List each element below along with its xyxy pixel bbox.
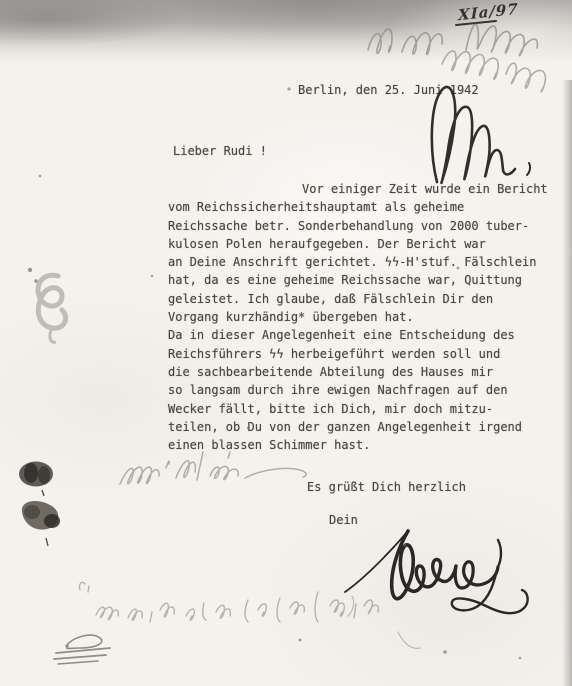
body-line: Vorgang kurzhändig* übergeben hat. xyxy=(168,308,528,326)
ink-smudge xyxy=(28,268,66,343)
pen-paraph xyxy=(432,87,530,183)
body-line: Reichsführers ϟϟ herbeigeführt werden so… xyxy=(168,345,528,363)
body-line: kulosen Polen heraufgegeben. Der Bericht… xyxy=(168,235,528,253)
body-line: geleistet. Ich glaube, daß Fälschlein Di… xyxy=(168,290,528,308)
salutation: Lieber Rudi ! xyxy=(173,144,267,158)
scan-shadow-right-edge xyxy=(562,80,572,686)
ink-blot-lower xyxy=(22,501,60,546)
pencil-scribble-crossed-out xyxy=(54,635,110,664)
closing-line: Es grüßt Dich herzlich xyxy=(307,480,466,494)
date-line: Berlin, den 25. Juni 1942 xyxy=(298,83,479,97)
body-line: Wecker fällt, bitte ich Dich, mir doch m… xyxy=(168,400,528,418)
body-line: teilen, ob Du von der ganzen Angelegenhe… xyxy=(168,418,528,436)
pencil-faint-marks xyxy=(348,596,420,648)
scanned-letter-page: Berlin, den 25. Juni 1942 Lieber Rudi ! … xyxy=(0,0,572,686)
body-line: Da in dieser Angelegenheit eine Entschei… xyxy=(168,326,528,344)
letter-body: Vor einiger Zeit wurde ein Bericht vom R… xyxy=(168,180,528,454)
body-line: an Deine Anschrift gerichtet. ϟϟ-H'stuf.… xyxy=(168,253,528,271)
pencil-annotation-middle xyxy=(120,452,306,484)
body-line: Vor einiger Zeit wurde ein Bericht xyxy=(168,180,528,198)
pencil-annotation-bottom xyxy=(79,582,378,622)
body-line: die sachbearbeitende Abteilung des Hause… xyxy=(168,363,528,381)
body-line: hat, da es eine geheime Reichssache war,… xyxy=(168,271,528,289)
ink-blot-upper xyxy=(19,462,53,497)
body-line: vom Reichssicherheitshauptamt als geheim… xyxy=(168,198,528,216)
sign-off: Dein xyxy=(329,513,358,527)
body-line: Reichssache betr. Sonderbehandlung von 2… xyxy=(168,217,528,235)
signature xyxy=(345,531,528,613)
body-line: einen blassen Schimmer hast. xyxy=(168,436,528,454)
body-line: so langsam durch ihre ewigen Nachfragen … xyxy=(168,381,528,399)
